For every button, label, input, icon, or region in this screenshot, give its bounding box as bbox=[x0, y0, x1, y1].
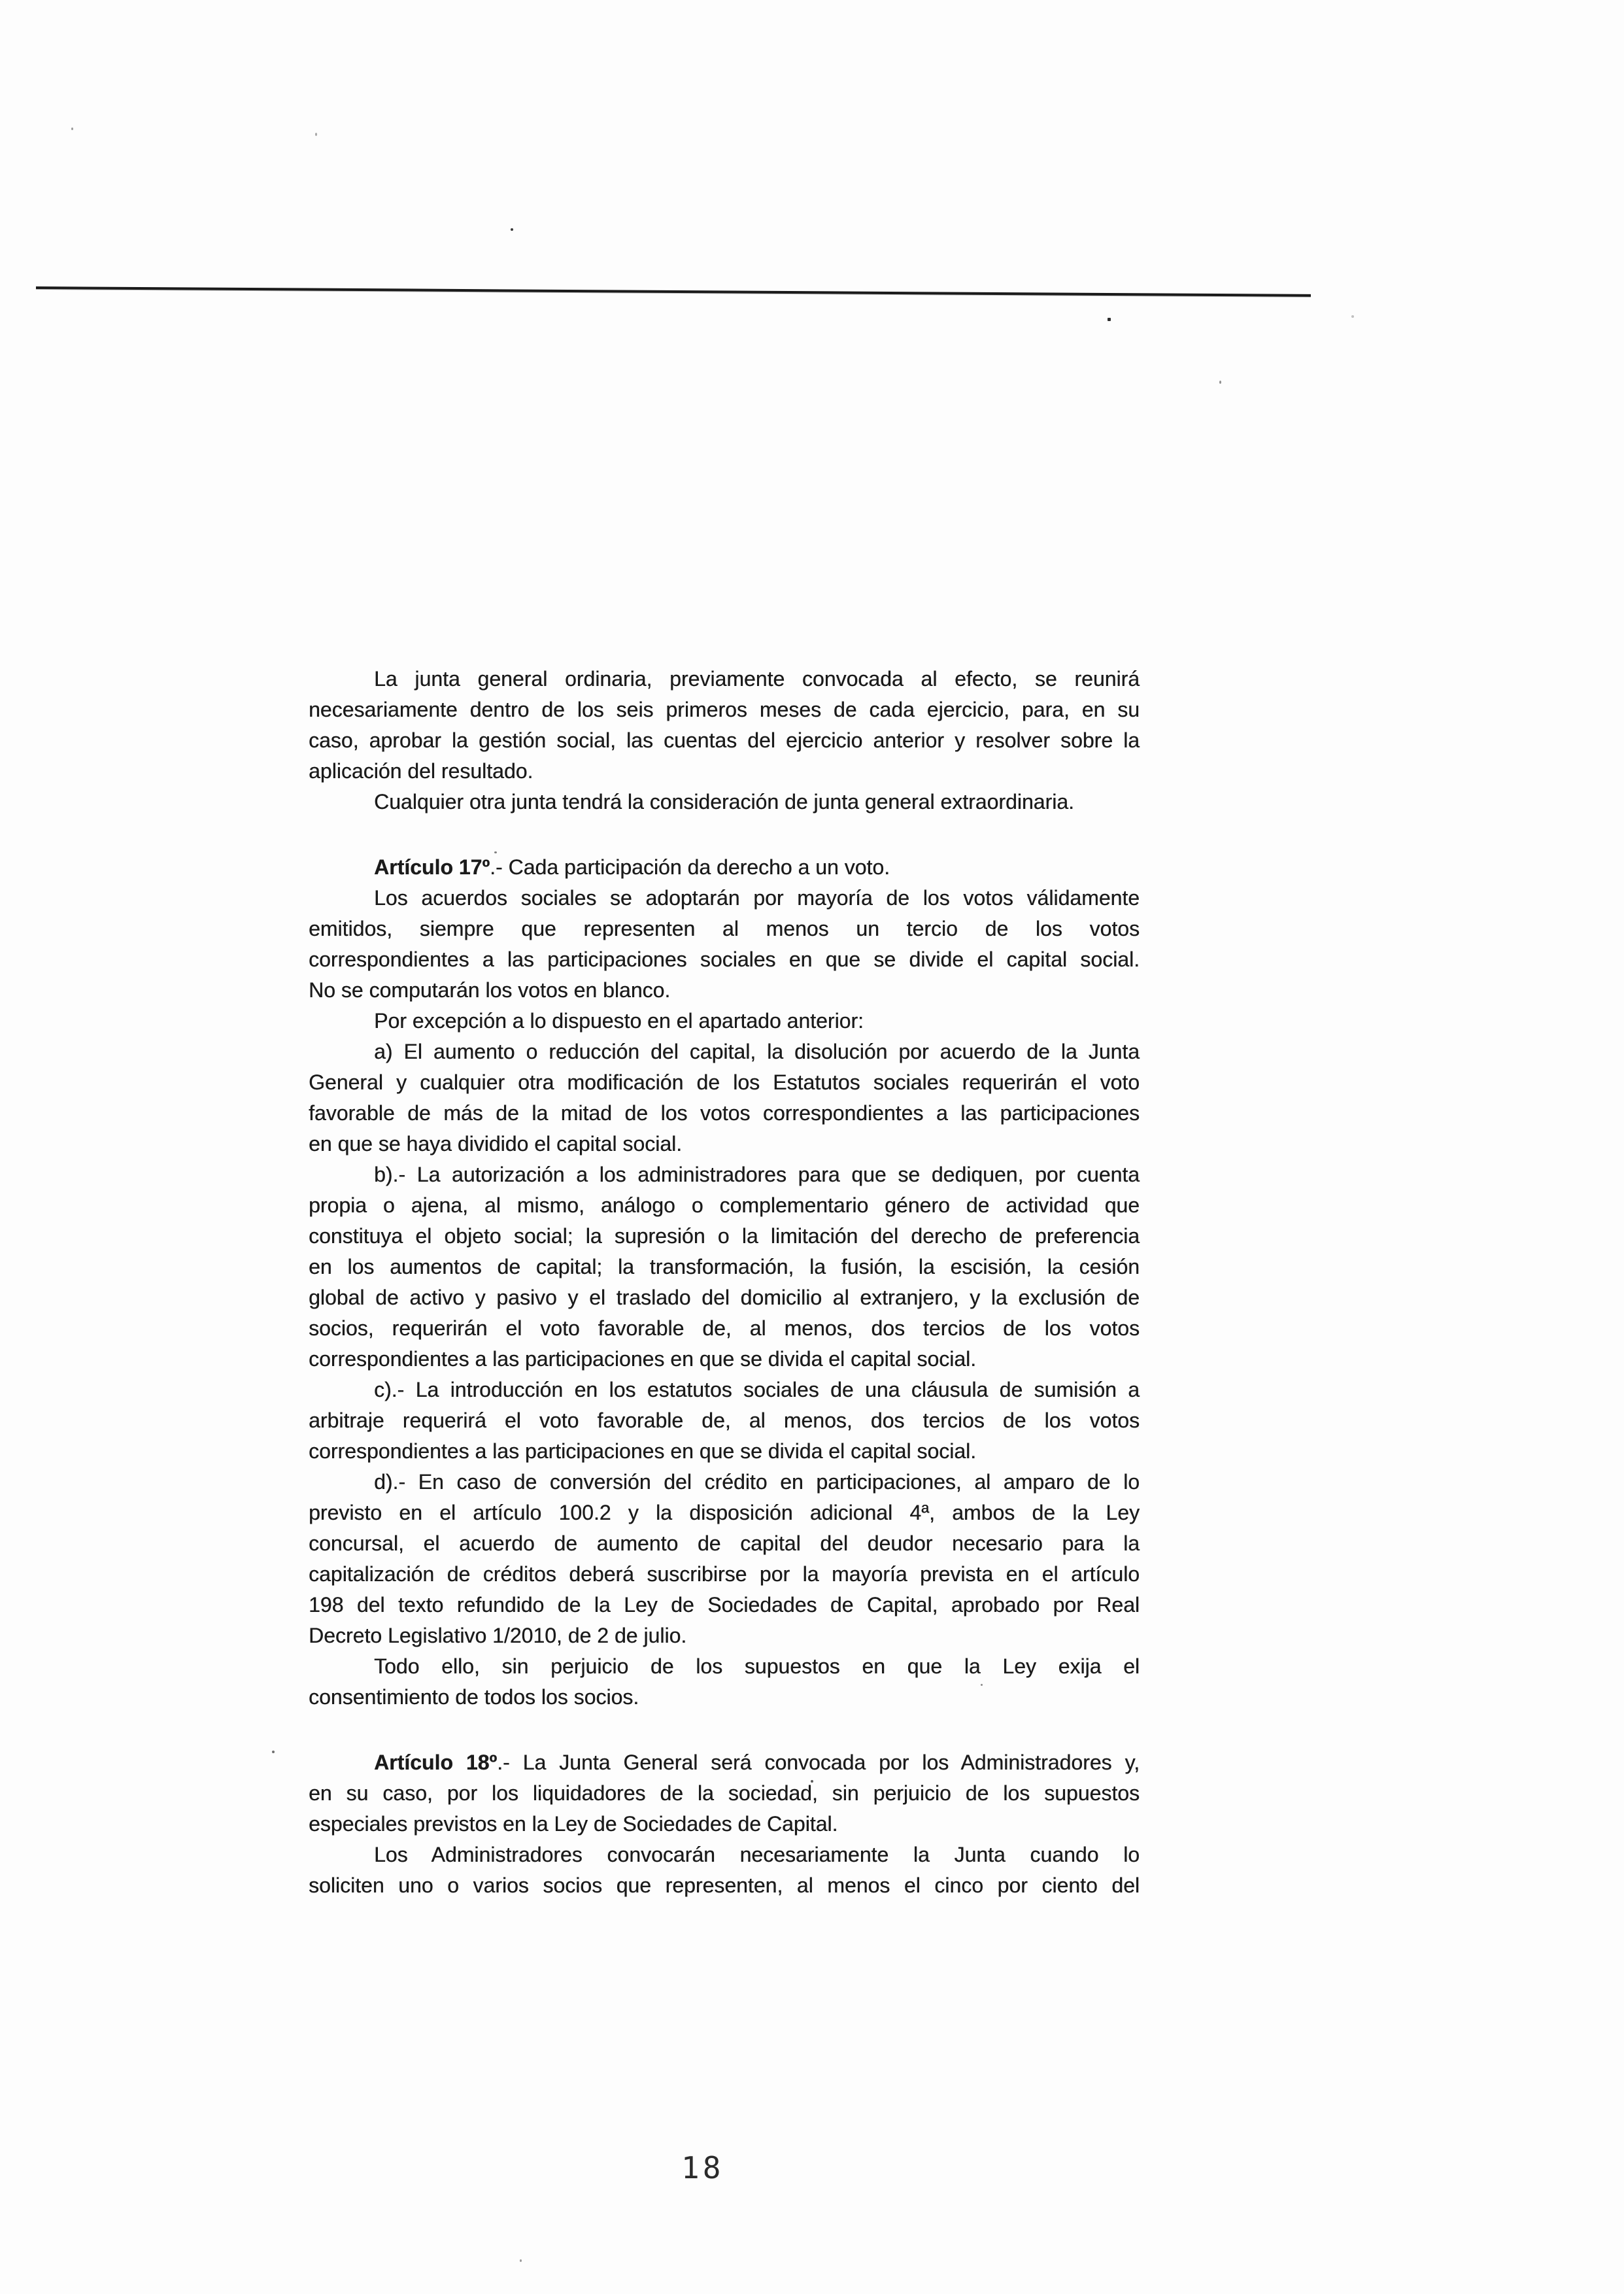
p-acuerdos-sociales: Los acuerdos sociales se adoptarán por m… bbox=[309, 883, 1140, 1006]
text-line: caso, aprobar la gestión social, las cue… bbox=[309, 725, 1140, 756]
p-todo-ello: Todo ello, sin perjuicio de los supuesto… bbox=[309, 1651, 1140, 1713]
p-junta-extraordinaria: Cualquier otra junta tendrá la considera… bbox=[309, 787, 1140, 817]
text-line: necesariamente dentro de los seis primer… bbox=[309, 694, 1140, 725]
text-line: correspondientes a las participaciones e… bbox=[309, 1436, 1140, 1467]
horizontal-rule bbox=[36, 286, 1311, 297]
text-line: Cualquier otra junta tendrá la considera… bbox=[309, 787, 1140, 817]
text-line: consentimiento de todos los socios. bbox=[309, 1682, 1140, 1713]
scan-speck bbox=[272, 1751, 275, 1753]
document-page: La junta general ordinaria, previamente … bbox=[0, 0, 1624, 2294]
text-line: emitidos, siempre que representen al men… bbox=[309, 914, 1140, 944]
p-junta-general-ordinaria: La junta general ordinaria, previamente … bbox=[309, 664, 1140, 787]
text-line: Artículo 17º.- Cada participación da der… bbox=[309, 852, 1140, 883]
text-line: en los aumentos de capital; la transform… bbox=[309, 1252, 1140, 1282]
text-line: General y cualquier otra modificación de… bbox=[309, 1067, 1140, 1098]
text-line: constituya el objeto social; la supresió… bbox=[309, 1221, 1140, 1252]
text-line: previsto en el artículo 100.2 y la dispo… bbox=[309, 1498, 1140, 1528]
text-line: arbitraje requerirá el voto favorable de… bbox=[309, 1405, 1140, 1436]
p-por-excepcion: Por excepción a lo dispuesto en el apart… bbox=[309, 1006, 1140, 1036]
scan-speck bbox=[1351, 315, 1354, 318]
text-line: La junta general ordinaria, previamente … bbox=[309, 664, 1140, 694]
text-line: No se computarán los votos en blanco. bbox=[309, 975, 1140, 1006]
text-line: correspondientes a las participaciones e… bbox=[309, 1344, 1140, 1375]
text-line: d).- En caso de conversión del crédito e… bbox=[309, 1467, 1140, 1498]
p-apartado-a: a) El aumento o reducción del capital, l… bbox=[309, 1036, 1140, 1159]
text-line: en su caso, por los liquidadores de la s… bbox=[309, 1778, 1140, 1809]
text-line: c).- La introducción en los estatutos so… bbox=[309, 1375, 1140, 1405]
scan-speck bbox=[315, 133, 317, 136]
text-line: a) El aumento o reducción del capital, l… bbox=[309, 1036, 1140, 1067]
text-line: 198 del texto refundido de la Ley de Soc… bbox=[309, 1590, 1140, 1620]
p-apartado-c: c).- La introducción en los estatutos so… bbox=[309, 1375, 1140, 1467]
p-apartado-b: b).- La autorización a los administrador… bbox=[309, 1159, 1140, 1375]
scan-speck bbox=[1108, 318, 1111, 321]
p-administradores-convocaran: Los Administradores convocarán necesaria… bbox=[309, 1840, 1140, 1901]
scan-speck bbox=[71, 128, 73, 130]
text-line: Los Administradores convocarán necesaria… bbox=[309, 1840, 1140, 1870]
text-line: socios, requerirán el voto favorable de,… bbox=[309, 1313, 1140, 1344]
text-line: concursal, el acuerdo de aumento de capi… bbox=[309, 1528, 1140, 1559]
scan-speck bbox=[1219, 381, 1221, 384]
text-line: Los acuerdos sociales se adoptarán por m… bbox=[309, 883, 1140, 914]
text-block: La junta general ordinaria, previamente … bbox=[309, 664, 1140, 1901]
scan-speck bbox=[520, 2259, 522, 2262]
text-line: Por excepción a lo dispuesto en el apart… bbox=[309, 1006, 1140, 1036]
text-line: global de activo y pasivo y el traslado … bbox=[309, 1282, 1140, 1313]
page-number: 18 bbox=[681, 2150, 724, 2185]
text-line: Decreto Legislativo 1/2010, de 2 de juli… bbox=[309, 1620, 1140, 1651]
text-line: favorable de más de la mitad de los voto… bbox=[309, 1098, 1140, 1129]
p-apartado-d: d).- En caso de conversión del crédito e… bbox=[309, 1467, 1140, 1651]
text-line: Todo ello, sin perjuicio de los supuesto… bbox=[309, 1651, 1140, 1682]
text-line: soliciten uno o varios socios que repres… bbox=[309, 1870, 1140, 1901]
text-line: capitalización de créditos deberá suscri… bbox=[309, 1559, 1140, 1590]
text-line: en que se haya dividido el capital socia… bbox=[309, 1129, 1140, 1159]
text-line: correspondientes a las participaciones s… bbox=[309, 944, 1140, 975]
text-line: Artículo 18º.- La Junta General será con… bbox=[309, 1747, 1140, 1778]
articulo-18-heading: Artículo 18º.- La Junta General será con… bbox=[309, 1747, 1140, 1840]
text-line: b).- La autorización a los administrador… bbox=[309, 1159, 1140, 1190]
text-line: propia o ajena, al mismo, análogo o comp… bbox=[309, 1190, 1140, 1221]
text-line: especiales previstos en la Ley de Socied… bbox=[309, 1809, 1140, 1840]
articulo-17-heading: Artículo 17º.- Cada participación da der… bbox=[309, 852, 1140, 883]
text-line: aplicación del resultado. bbox=[309, 756, 1140, 787]
scan-speck bbox=[511, 228, 513, 231]
